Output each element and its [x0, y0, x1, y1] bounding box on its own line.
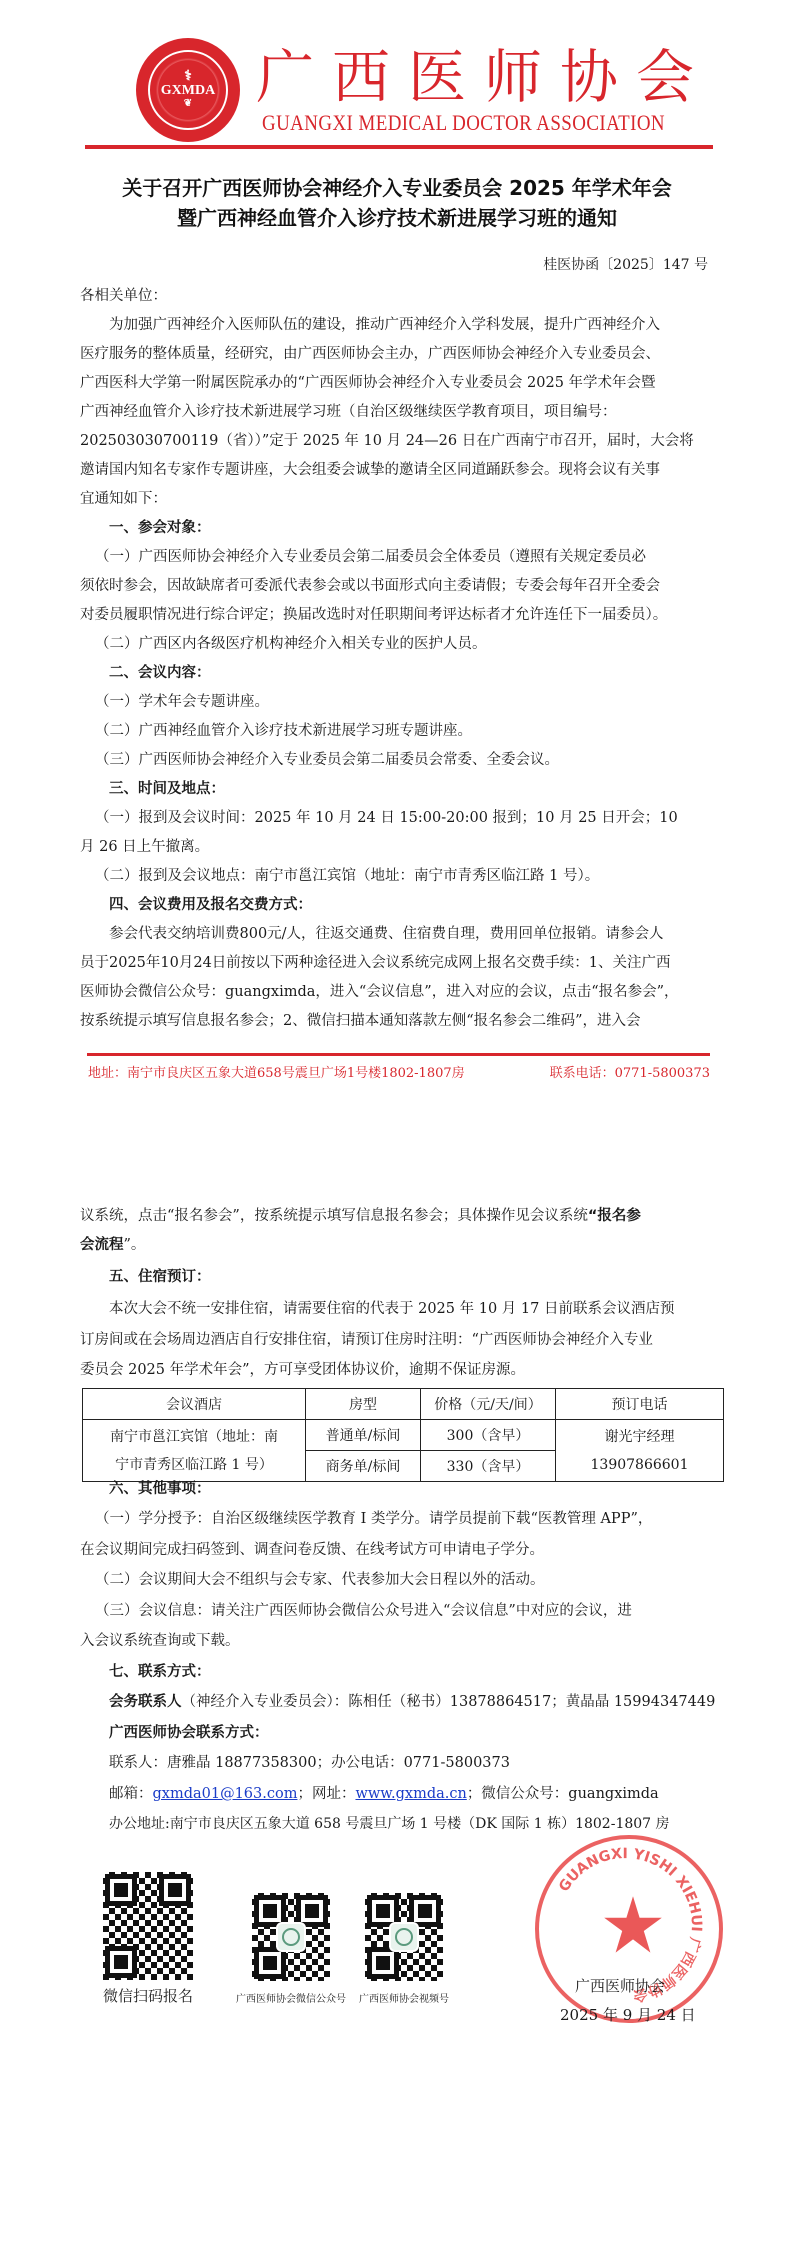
section-heading-fees: 四、会议费用及报名交费方式：: [80, 891, 749, 920]
section-line: 医师协会微信公众号：guangximda，进入“会议信息”，进入对应的会议，点击…: [80, 978, 720, 1007]
section-line: 月 26 日上午撤离。: [80, 833, 720, 862]
hotel-table: 会议酒店 房型 价格（元/天/间） 预订电话 南宁市邕江宾馆（地址：南 宁市青秀…: [82, 1388, 724, 1482]
logo-caduceus-icon: ⚕: [184, 71, 192, 83]
table-header: 价格（元/天/间）: [421, 1389, 556, 1420]
website-label: ；网址：: [297, 1786, 355, 1802]
section-line: 须依时参会，因故缺席者可委派代表参会或以书面形式向主委请假；专委会每年召开全委会: [80, 572, 720, 601]
section-line: （二）广西区内各级医疗机构神经介入相关专业的医护人员。: [80, 630, 735, 659]
table-header: 预订电话: [556, 1389, 724, 1420]
process-name-bold: 会流程: [80, 1237, 124, 1253]
video-channel-qr-code: [365, 1893, 443, 1981]
section-line: 议系统，点击“报名参会”，按系统提示填写信息报名参会；具体操作见会议系统“报名参: [80, 1202, 720, 1231]
section-line: 参会代表交纳培训费800元/人，往返交通费、住宿费自理，费用回单位报销。请参会人: [80, 920, 749, 949]
header-divider: [85, 145, 713, 149]
meeting-contact-line: 会务联系人（神经介入专业委员会）：陈相任（秘书）13878864517；黄晶晶 …: [80, 1688, 749, 1717]
qr-finder-icon: [159, 1874, 191, 1906]
qr-label: 广西医师协会视频号: [344, 1990, 464, 2005]
section-line: （二）报到及会议地点：南宁市邕江宾馆（地址：南宁市青秀区临江路 1 号）。: [80, 862, 735, 891]
price-cell: 300（含早）: [421, 1420, 556, 1451]
logo-abbrev: GXMDA: [161, 83, 215, 99]
qr-label: 微信扫码报名: [98, 1985, 198, 2006]
intro-line: 广西医科大学第一附属医院承办的“广西医师协会神经介入专业委员会 2025 年学术…: [80, 369, 720, 398]
notice-title-line1: 关于召开广西医师协会神经介入专业委员会 2025 年学术年会: [0, 172, 794, 201]
association-contact-heading: 广西医师协会联系方式：: [80, 1719, 749, 1748]
intro-line: 202503030700119（省））”定于 2025 年 10 月 24—26…: [80, 427, 720, 456]
qr-finder-icon: [105, 1946, 137, 1978]
room-type-cell: 普通单/标间: [306, 1420, 421, 1451]
section-line: （二）会议期间大会不组织与会专家、代表参加大会日程以外的活动。: [80, 1566, 735, 1595]
hotel-name-line: 南宁市邕江宾馆（地址：南: [87, 1423, 301, 1451]
section-heading-accommodation: 五、住宿预订：: [80, 1263, 749, 1292]
table-header: 房型: [306, 1389, 421, 1420]
section-line: （一）报到及会议时间：2025 年 10 月 24 日 15:00-20:00 …: [80, 804, 735, 833]
signature-date: 2025 年 9 月 24 日: [560, 2004, 696, 2025]
intro-line: 为加强广西神经介入医师队伍的建设，推动广西神经介入学科发展，提升广西神经介入: [80, 311, 749, 340]
section-heading-other: 六、其他事项：: [80, 1475, 749, 1504]
notice-title-line2: 暨广西神经血管介入诊疗技术新进展学习班的通知: [0, 202, 794, 231]
footer-phone: 联系电话：0771-5800373: [550, 1062, 710, 1081]
section-heading-time-place: 三、时间及地点：: [80, 775, 749, 804]
qr-finder-icon: [105, 1874, 137, 1906]
booking-contact-cell: 谢光宇经理 13907866601: [556, 1420, 724, 1482]
section-line: 委员会 2025 年学术年会”，方可享受团体协议价，逾期不保证房源。: [80, 1356, 720, 1385]
office-address-line: 办公地址:南宁市良庆区五象大道 658 号震旦广场 1 号楼（DK 国际 1 栋…: [80, 1810, 749, 1839]
table-header-row: 会议酒店 房型 价格（元/天/间） 预订电话: [83, 1389, 724, 1420]
section-line: （一）广西医师协会神经介入专业委员会第二届委员会全体委员（遵照有关规定委员必: [80, 543, 735, 572]
table-header: 会议酒店: [83, 1389, 306, 1420]
signature-org: 广西医师协会: [575, 1975, 665, 1996]
hotel-name-cell: 南宁市邕江宾馆（地址：南 宁市青秀区临江路 1 号）: [83, 1420, 306, 1482]
table-row: 南宁市邕江宾馆（地址：南 宁市青秀区临江路 1 号） 普通单/标间 300（含早…: [83, 1420, 724, 1451]
intro-line: 邀请国内知名专家作专题讲座，大会组委会诚挚的邀请全区同道踊跃参会。现将会议有关事: [80, 456, 720, 485]
document-number: 桂医协函〔2025〕147 号: [543, 254, 708, 274]
section-line: 会流程”。: [80, 1231, 720, 1260]
process-name-bold: “报名参: [588, 1208, 641, 1224]
section-line: 按系统提示填写信息报名参会；2、微信扫描本通知落款左侧“报名参会二维码”，进入会: [80, 1007, 720, 1036]
email-website-line: 邮箱：gxmda01@163.com；网址：www.gxmda.cn；微信公众号…: [80, 1780, 749, 1809]
section-heading-content: 二、会议内容：: [80, 659, 749, 688]
intro-line: 宜通知如下：: [80, 485, 720, 514]
meeting-contact-text: （神经介入专业委员会）：陈相任（秘书）13878864517；黄晶晶 15994…: [182, 1694, 716, 1710]
section-heading-contact: 七、联系方式：: [80, 1658, 749, 1687]
qr-label: 广西医师协会微信公众号: [228, 1990, 354, 2005]
email-label: 邮箱：: [109, 1786, 153, 1802]
section-line: 本次大会不统一安排住宿，请需要住宿的代表于 2025 年 10 月 17 日前联…: [80, 1295, 749, 1324]
section-line: 对委员履职情况进行综合评定；换届改选时对任职期间考评达标者才允许连任下一届委员）…: [80, 601, 720, 630]
section-line: 订房间或在会场周边酒店自行安排住宿，请预订住房时注明：“广西医师协会神经介入专业: [80, 1326, 720, 1355]
registration-qr-code: [103, 1872, 193, 1980]
section-line: （一）学术年会专题讲座。: [80, 688, 735, 717]
wechat-account: ；微信公众号：guangximda: [467, 1786, 659, 1802]
association-contact-line: 联系人：唐雅晶 18877358300；办公电话：0771-5800373: [80, 1749, 749, 1778]
continued-text: 议系统，点击“报名参会”，按系统提示填写信息报名参会；具体操作见会议系统: [80, 1208, 588, 1224]
section-line: （二）广西神经血管介入诊疗技术新进展学习班专题讲座。: [80, 717, 735, 746]
logo-wreath-icon: ❦: [184, 99, 192, 109]
section-line: （一）学分授予：自治区级继续医学教育 I 类学分。请学员提前下载“医教管理 AP…: [80, 1505, 735, 1534]
intro-line: 广西神经血管介入诊疗技术新进展学习班（自治区级继续医学教育项目，项目编号：: [80, 398, 720, 427]
section-line: 在会议期间完成扫码签到、调查问卷反馈、在线考试方可申请电子学分。: [80, 1536, 720, 1565]
intro-line: 医疗服务的整体质量，经研究，由广西医师协会主办，广西医师协会神经介入专业委员会、: [80, 340, 720, 369]
meeting-contact-label: 会务联系人: [109, 1694, 182, 1710]
booking-contact-name: 谢光宇经理: [560, 1423, 719, 1451]
org-name-chinese: 广西医师协会: [256, 42, 712, 112]
continued-text: ”。: [124, 1237, 146, 1253]
email-link[interactable]: gxmda01@163.com: [153, 1786, 298, 1802]
org-name-english: GUANGXI MEDICAL DOCTOR ASSOCIATION: [262, 110, 665, 136]
section-line: 入会议系统查询或下载。: [80, 1627, 720, 1656]
section-line: 员于2025年10月24日前按以下两种途径进入会议系统完成网上报名交费手续：1、…: [80, 949, 720, 978]
qr-logo-icon: [389, 1922, 419, 1952]
association-logo: ⚕ GXMDA ❦: [136, 38, 240, 142]
section-heading-attendees: 一、参会对象：: [80, 514, 749, 543]
section-line: （三）广西医师协会神经介入专业委员会第二届委员会常委、全委会议。: [80, 746, 735, 775]
wechat-official-account-qr-code: [252, 1893, 330, 1981]
footer-address: 地址：南宁市良庆区五象大道658号震旦广场1号楼1802-1807房: [88, 1062, 465, 1081]
footer-divider: [87, 1053, 710, 1056]
section-line: （三）会议信息：请关注广西医师协会微信公众号进入“会议信息”中对应的会议，进: [80, 1597, 735, 1626]
website-link[interactable]: www.gxmda.cn: [355, 1786, 466, 1802]
seal-star-icon: [603, 1895, 663, 1955]
salutation: 各相关单位：: [80, 282, 720, 311]
qr-logo-icon: [276, 1922, 306, 1952]
